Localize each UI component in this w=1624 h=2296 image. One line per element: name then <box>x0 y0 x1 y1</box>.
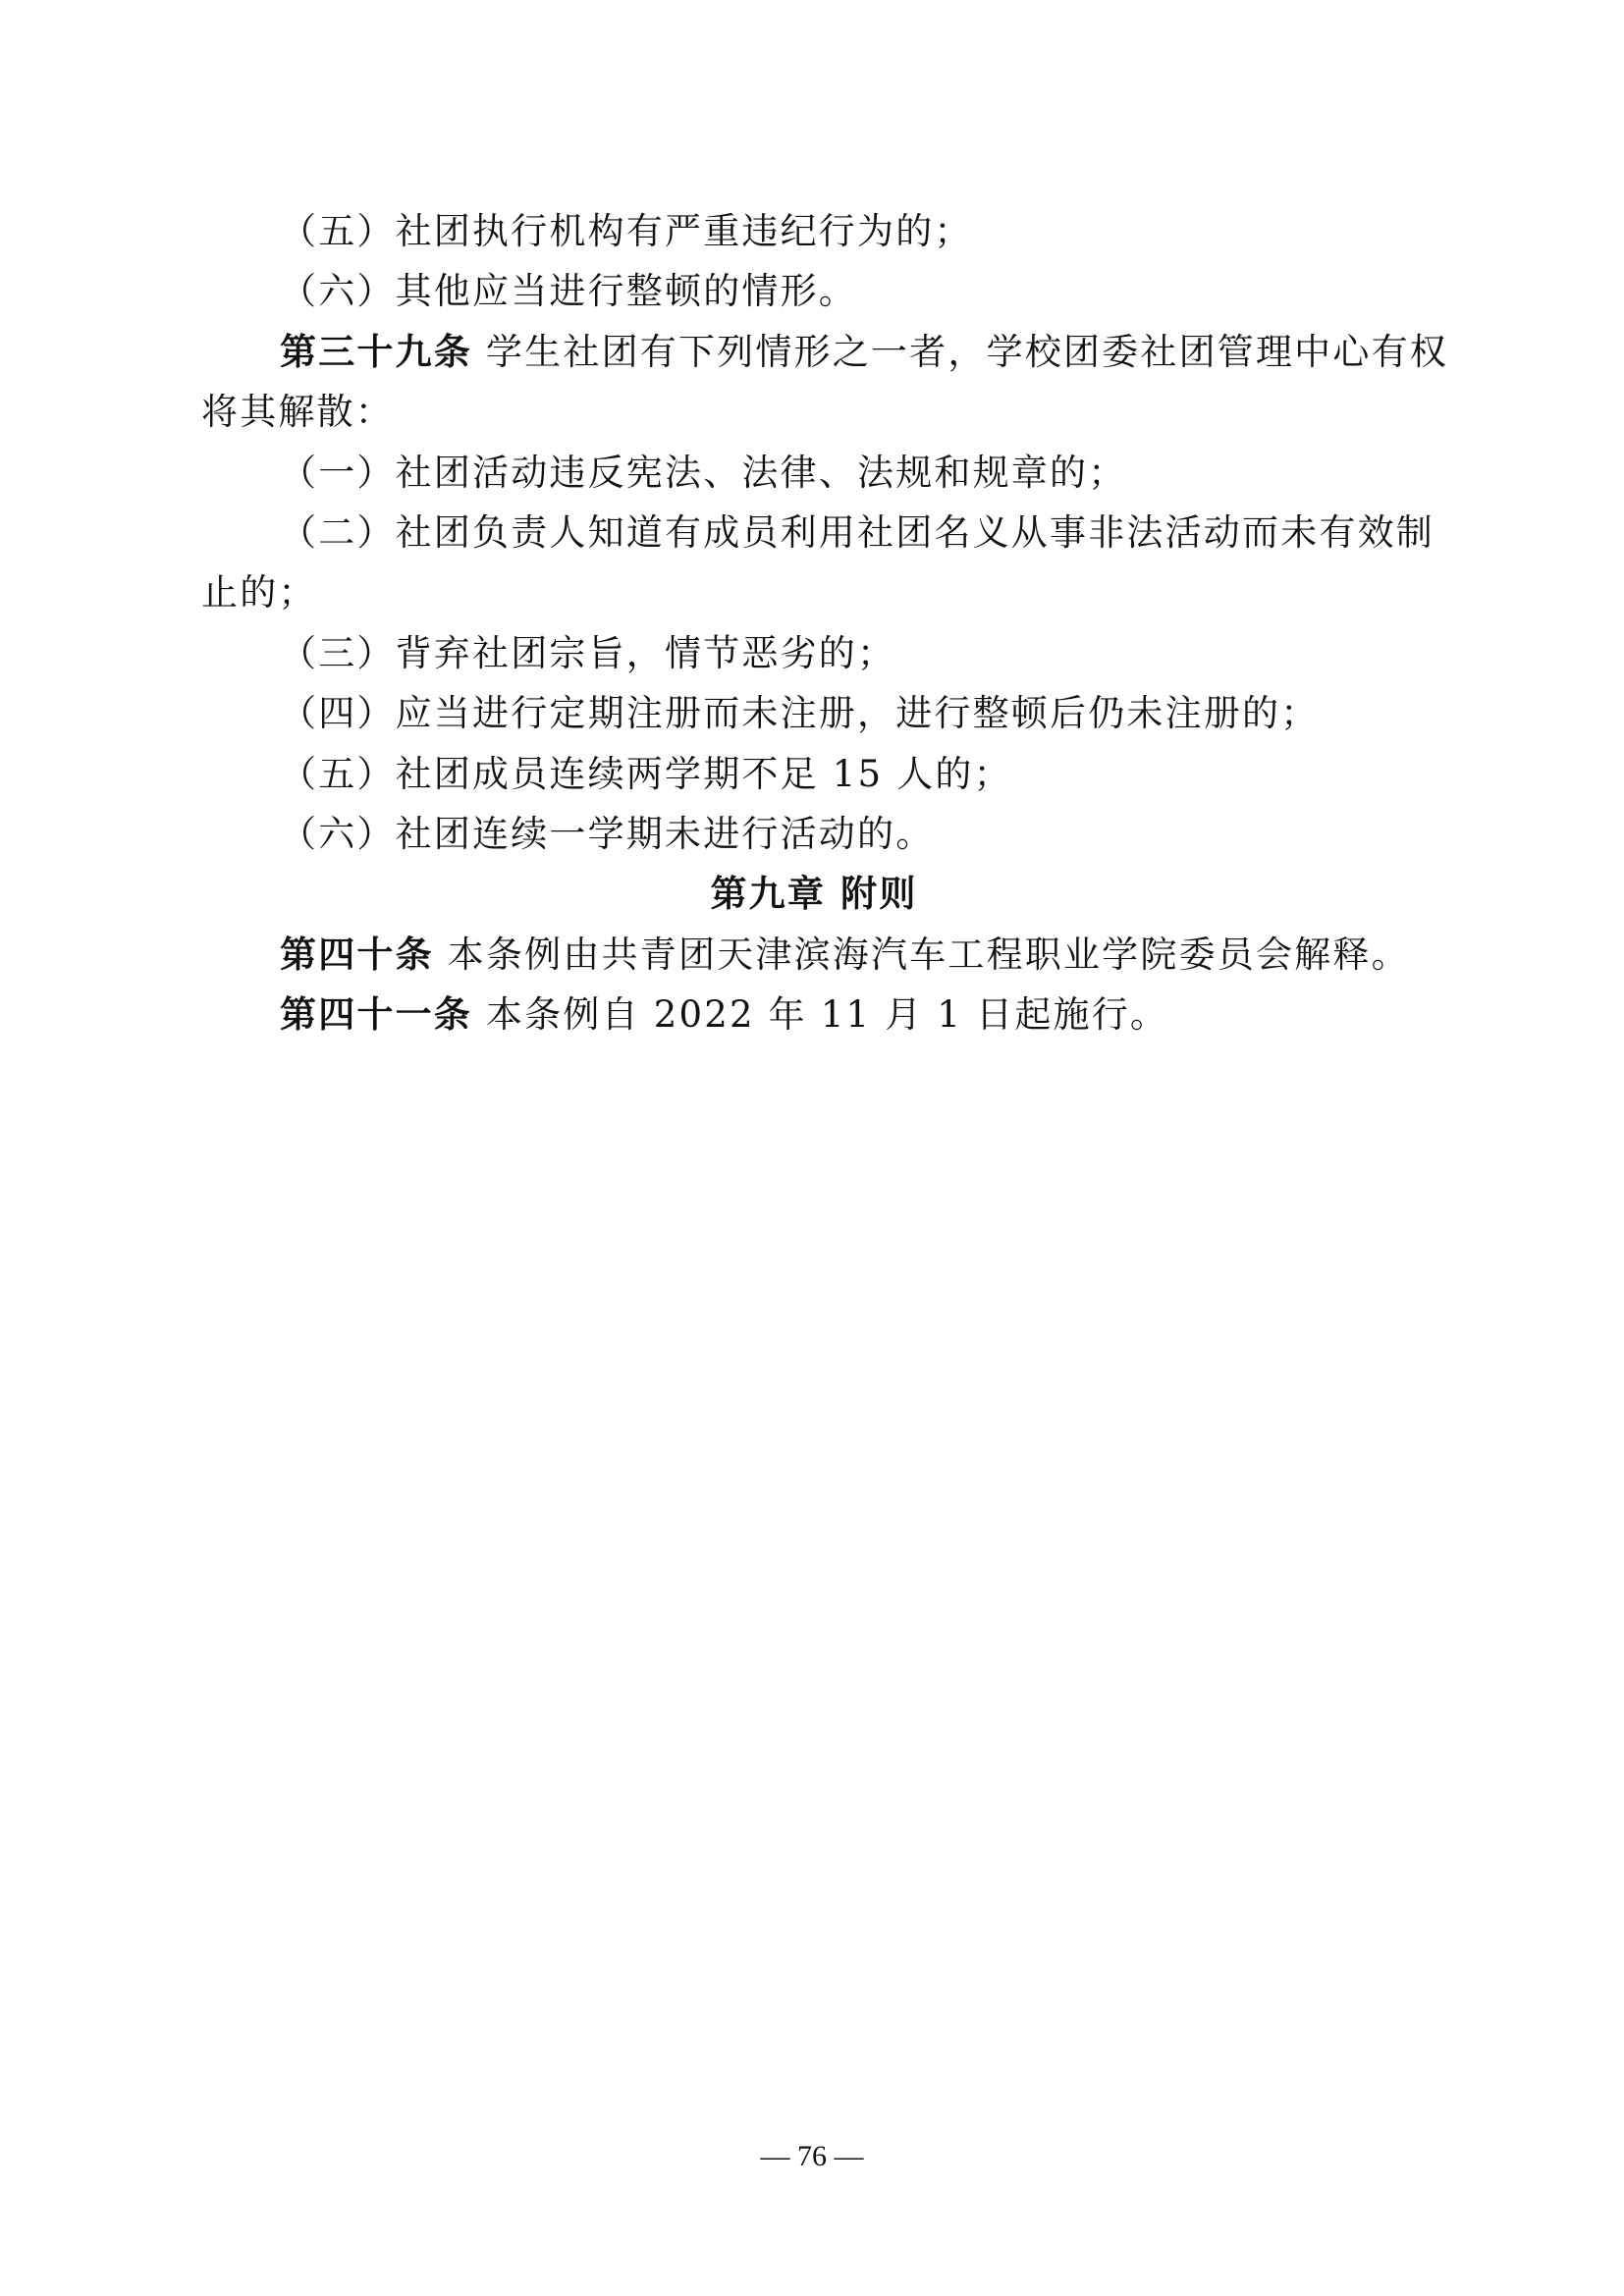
article-text: 本条例由共青团天津滨海汽车工程职业学院委员会解释。 <box>448 934 1410 976</box>
continuation-line: 将其解散： <box>201 382 1427 442</box>
continuation-line: 止的； <box>201 562 1427 622</box>
list-item: （五）社团执行机构有严重违纪行为的； <box>201 201 1427 261</box>
list-item: （二）社团负责人知道有成员利用社团名义从事非法活动而未有效制 <box>201 503 1427 562</box>
list-item: （四）应当进行定期注册而未注册，进行整顿后仍未注册的； <box>201 683 1427 743</box>
article-text: 学生社团有下列情形之一者，学校团委社团管理中心有权 <box>486 331 1448 373</box>
article-label: 第四十一条 <box>280 993 472 1036</box>
article-text: 本条例自 2022 年 11 月 1 日起施行。 <box>486 993 1168 1036</box>
list-item: （六）其他应当进行整顿的情形。 <box>201 261 1427 321</box>
article-label: 第四十条 <box>280 934 434 976</box>
article-40: 第四十条 本条例由共青团天津滨海汽车工程职业学院委员会解释。 <box>201 925 1427 985</box>
article-41: 第四十一条 本条例自 2022 年 11 月 1 日起施行。 <box>201 985 1427 1044</box>
document-page: （五）社团执行机构有严重违纪行为的； （六）其他应当进行整顿的情形。 第三十九条… <box>201 201 1427 1044</box>
page-number: — 76 — <box>0 2140 1624 2173</box>
list-item: （五）社团成员连续两学期不足 15 人的； <box>201 744 1427 804</box>
article-39: 第三十九条 学生社团有下列情形之一者，学校团委社团管理中心有权 <box>201 322 1427 382</box>
article-label: 第三十九条 <box>280 331 472 373</box>
list-item: （六）社团连续一学期未进行活动的。 <box>201 804 1427 864</box>
chapter-heading: 第九章 附则 <box>201 864 1427 924</box>
list-item: （一）社团活动违反宪法、法律、法规和规章的； <box>201 443 1427 503</box>
list-item: （三）背弃社团宗旨，情节恶劣的； <box>201 623 1427 683</box>
